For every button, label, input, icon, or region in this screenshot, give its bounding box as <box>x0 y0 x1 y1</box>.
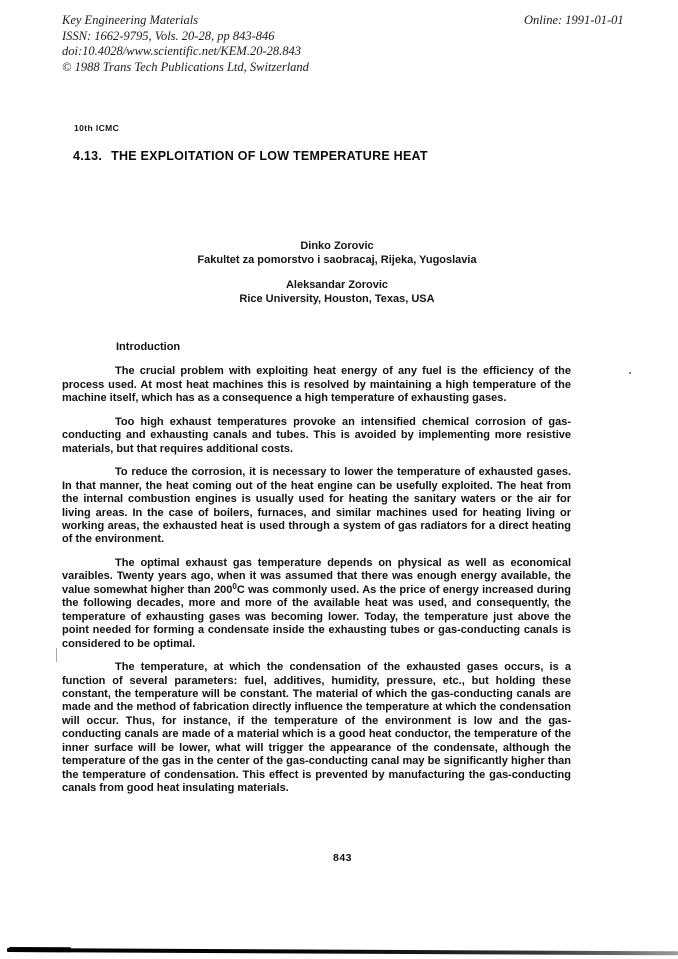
paragraph-3: To reduce the corrosion, it is necessary… <box>62 466 571 547</box>
publication-info: Key Engineering Materials ISSN: 1662-979… <box>62 13 309 75</box>
author-group: Aleksandar Zorovic Rice University, Hous… <box>90 279 584 306</box>
scan-artifact-bar <box>7 948 678 955</box>
author-group: Dinko Zorovic Fakultet za pomorstvo i sa… <box>90 240 584 267</box>
document-page: Key Engineering Materials ISSN: 1662-979… <box>0 0 678 959</box>
paragraph-2: Too high exhaust temperatures provoke an… <box>62 416 571 456</box>
paper-title-number: 4.13. <box>73 149 102 163</box>
scan-speck <box>629 372 631 374</box>
author-name: Dinko Zorovic <box>90 240 584 254</box>
page-number: 843 <box>333 852 352 864</box>
issn-line: ISSN: 1662-9795, Vols. 20-28, pp 843-846 <box>62 29 309 45</box>
authors-block: Dinko Zorovic Fakultet za pomorstvo i sa… <box>90 240 584 306</box>
paragraph-5: The temperature, at which the condensati… <box>62 661 571 796</box>
author-name: Aleksandar Zorovic <box>90 279 584 293</box>
journal-title: Key Engineering Materials <box>62 13 309 29</box>
section-heading: Introduction <box>62 341 571 354</box>
online-date: Online: 1991-01-01 <box>524 13 624 28</box>
copyright-line: © 1988 Trans Tech Publications Ltd, Swit… <box>62 60 309 76</box>
paragraph-1: The crucial problem with exploiting heat… <box>62 365 571 405</box>
superscript-degree: 0 <box>232 582 236 591</box>
scan-speck <box>56 648 57 662</box>
author-affiliation: Rice University, Houston, Texas, USA <box>90 293 584 307</box>
doi-line: doi:10.4028/www.scientific.net/KEM.20-28… <box>62 44 309 60</box>
paragraph-4: The optimal exhaust gas temperature depe… <box>62 557 571 651</box>
paper-title: 4.13.THE EXPLOITATION OF LOW TEMPERATURE… <box>73 149 428 163</box>
paper-title-text: THE EXPLOITATION OF LOW TEMPERATURE HEAT <box>111 149 428 163</box>
author-affiliation: Fakultet za pomorstvo i saobracaj, Rijek… <box>90 254 584 268</box>
paper-body: Introduction The crucial problem with ex… <box>62 341 571 806</box>
conference-tag: 10th ICMC <box>74 123 119 133</box>
